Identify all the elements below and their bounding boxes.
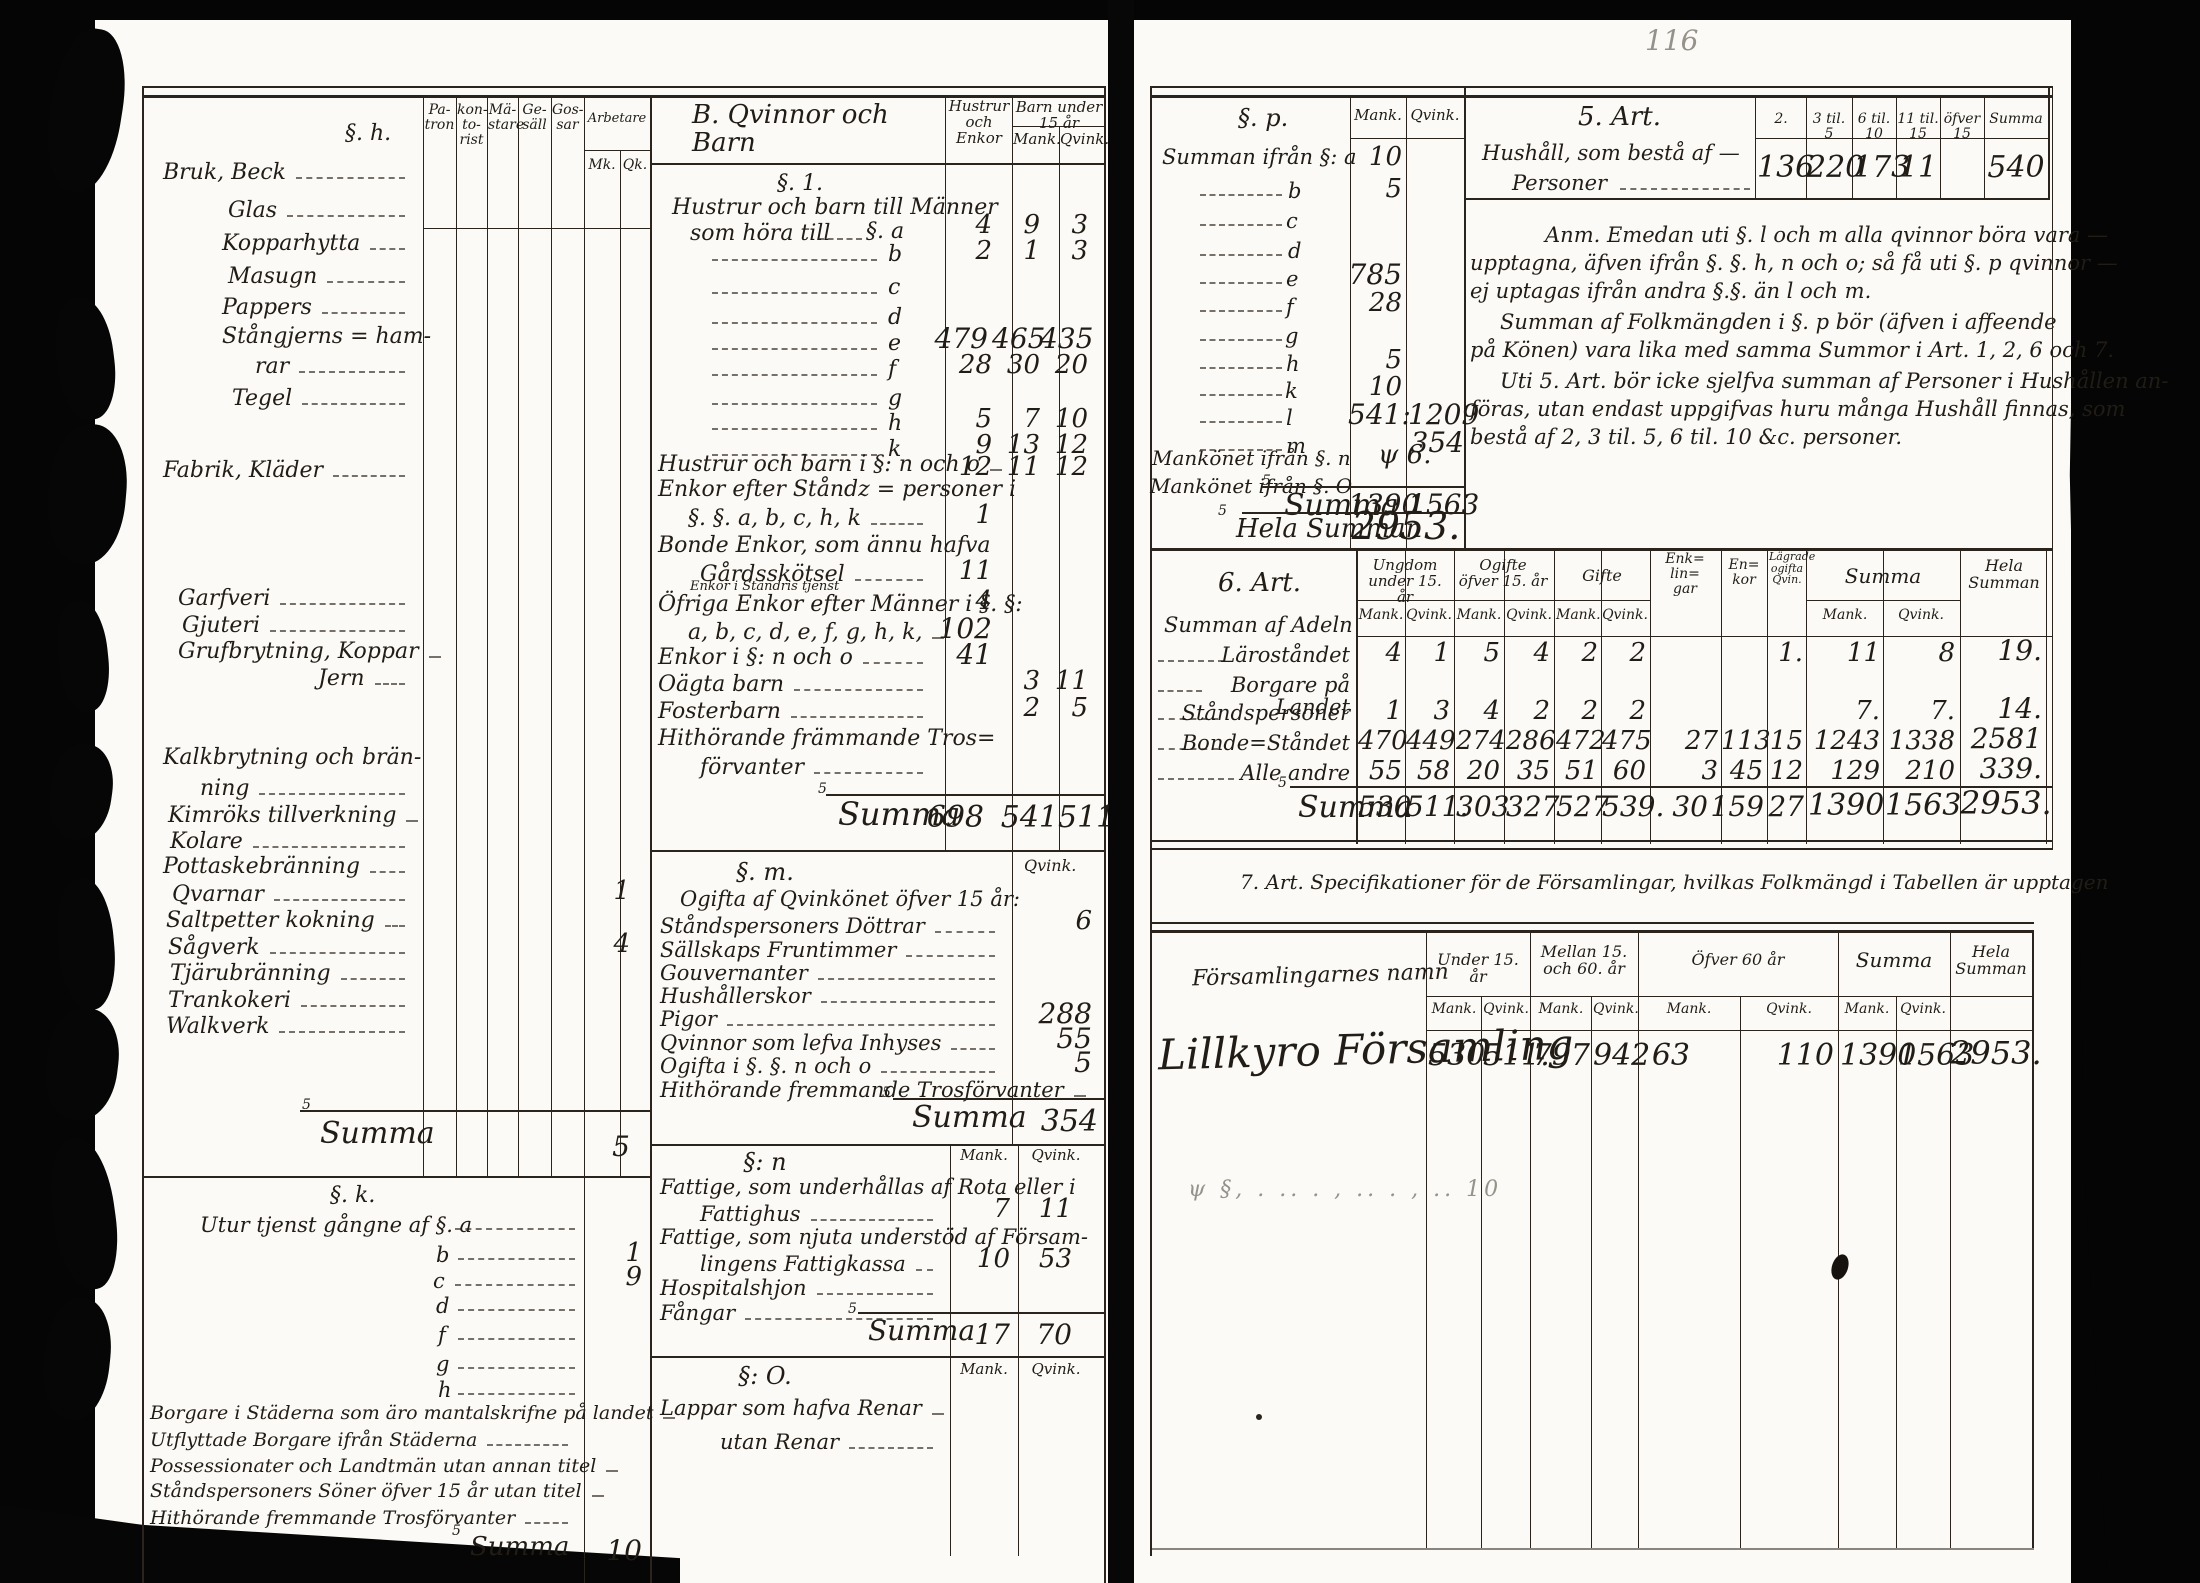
page-number: 116 (1645, 26, 1698, 56)
col-header-mank: Mank. (1532, 1002, 1590, 1017)
letter-row: §. a (866, 220, 904, 243)
cell-value: 5 (1352, 174, 1402, 204)
leader-line (1200, 421, 1282, 423)
cell-value: 5 (1352, 345, 1402, 375)
section-m-row: Pigor (660, 1007, 1005, 1031)
art5-col: Summa (1985, 112, 2047, 127)
section-n-row: Hospitalshjon (660, 1276, 943, 1300)
cell-value: 28 (1352, 288, 1402, 318)
rule-v (1838, 933, 1839, 1548)
rule-h (142, 86, 1106, 88)
rule-h (1350, 138, 1464, 139)
art6-group: Ogifte öfver 15. år (1456, 558, 1550, 590)
col-header-qvink: Qvink. (1885, 608, 1957, 623)
art6-group: Lägrade ogifta Qvin. (1769, 551, 1805, 586)
section-m-title: §. m. (720, 860, 810, 885)
section-n-row: Fattige, som underhållas af Rota eller i (660, 1176, 1076, 1198)
art6-group: En= kor (1723, 558, 1765, 588)
col-header-qvink: Qvink. (1483, 1002, 1529, 1017)
cell-value: 10 (952, 1244, 1010, 1274)
cell-value: 45 (1721, 756, 1763, 786)
cell-value: 8 (1885, 638, 1955, 668)
cell-value: 2 (1000, 693, 1040, 723)
cell-value: 475 (1602, 726, 1646, 756)
row-industry: Jern (318, 666, 415, 691)
leader-line (458, 1309, 575, 1311)
leader-line (863, 662, 923, 664)
cell-value: 286 (1506, 726, 1550, 756)
rule-v (142, 86, 144, 1583)
leader-line (811, 1219, 933, 1221)
rule-h (1806, 600, 1960, 601)
letter-row: l (1286, 407, 1293, 429)
row-industry: Kolare (170, 829, 415, 854)
leader-line (1620, 188, 1750, 190)
art5-value: 11 (1897, 152, 1939, 184)
art6-group: Gifte (1556, 568, 1648, 585)
row-industry: ning (200, 776, 415, 801)
leader-line (951, 1048, 995, 1050)
letter-row: f (888, 358, 896, 381)
section-b-paragraph1: §. 1. (760, 172, 840, 195)
summa-value: 511. (1406, 790, 1454, 823)
cell-value: 1243 (1808, 726, 1880, 756)
cell-value: 1563 (1898, 1038, 1948, 1073)
leader-line (727, 1024, 995, 1026)
col-header-mank: Mank. (1556, 608, 1600, 623)
section-b-row: §. §. a, b, c, h, k (688, 506, 933, 531)
row-industry: Garfveri (178, 586, 415, 611)
cell-value: 110 (1742, 1038, 1834, 1073)
row-industry: Trankokeri (168, 988, 415, 1013)
row-industry: Stångjerns = ham- (222, 325, 431, 348)
letter-row: k (1285, 380, 1298, 402)
leader-line (817, 1293, 933, 1295)
leader-line (935, 931, 995, 933)
rule-v (1940, 95, 1941, 200)
art7-title: 7. Art. Specifikationer för de Församlin… (1240, 872, 2109, 893)
summa-value: 530 (1358, 790, 1402, 823)
cell-value: 30 (1000, 350, 1040, 380)
row-industry: Grufbrytning, Koppar (178, 639, 415, 664)
section-b-row: förvanter (700, 755, 933, 780)
cell-value: 5 (1048, 693, 1088, 723)
leader-line (455, 1228, 575, 1230)
leader-line (814, 772, 923, 774)
art5-col: öfver 15 (1941, 112, 1983, 142)
rule-v (456, 95, 457, 1178)
section-b-row: Hustrur och barn i §: n och o (658, 452, 933, 477)
row-industry: Kopparhytta (222, 231, 415, 256)
art5-value: 173 (1853, 152, 1895, 184)
col-header-qvink: Qvink. (1506, 608, 1552, 623)
rule-v (2048, 86, 2050, 200)
cell-value: 3 (1406, 696, 1450, 726)
cell-value: 1 (930, 500, 992, 530)
rule-v (423, 95, 424, 1178)
art5-line1: Hushåll, som bestå af — (1482, 142, 1740, 164)
rule-v (2052, 86, 2053, 850)
leader-line (302, 403, 405, 405)
col-header-mank: Mank. (1840, 1002, 1894, 1017)
section-p-row: Mankönet ifrån §. n (1152, 448, 1351, 469)
summa-value: 27 (1766, 790, 1804, 823)
cell-value: 15 (1769, 726, 1803, 756)
leader-line (458, 1338, 575, 1340)
art5-col: 3 til. 5 (1807, 112, 1851, 142)
leader-line (525, 1522, 568, 1524)
art5-title: 5. Art. (1578, 104, 1661, 132)
rule-h (1150, 1548, 2034, 1550)
rule-v (1950, 933, 1951, 1548)
leader-line (1200, 367, 1282, 369)
summa-value: 539. (1602, 790, 1650, 823)
cell-value: 541: (1348, 398, 1406, 431)
section-o-row: utan Renar (720, 1430, 943, 1454)
cell-value: 11 (1020, 1194, 1072, 1224)
anm-line: på Könen) vara lika med samma Summor i A… (1470, 339, 2114, 361)
letter-row: f (1286, 296, 1294, 318)
section-k-row: Hithörande fremmande Trosförvanter (150, 1507, 578, 1529)
section-k-row: Utflyttade Borgare ifrån Städerna (150, 1429, 578, 1451)
cell-value: 113 (1721, 726, 1763, 756)
leader-line (1200, 254, 1282, 256)
leader-line (487, 1444, 568, 1446)
row-industry: Saltpetter kokning (166, 908, 415, 933)
leader-line (322, 312, 405, 314)
cell-value: 20 (1048, 350, 1088, 380)
col-header-mank: Mank. (1358, 608, 1404, 623)
leader-line (1200, 310, 1282, 312)
cell-value: 55 (1358, 756, 1402, 786)
section-p-intro: Summan ifrån §: a (1162, 146, 1356, 168)
summa-flag: 5 (452, 1524, 461, 1539)
gutter-shadow (1108, 0, 1134, 1583)
letter-row: g (888, 387, 902, 410)
letter-row: h (888, 412, 902, 435)
rule-v (1018, 1144, 1019, 1556)
cell-value: 60 (1602, 756, 1646, 786)
leader-line (458, 1393, 575, 1395)
leader-line (259, 793, 405, 795)
anm-line: ej uptagas ifrån andra §.§. än l och m. (1470, 280, 1871, 302)
cell-value: 2 (1602, 638, 1646, 668)
col-header-qvink: Qvink. (1593, 1002, 1637, 1017)
section-k-letter: b (436, 1244, 449, 1266)
row-industry: Walkverk (166, 1014, 415, 1039)
summa-flag: 5 (848, 1302, 857, 1317)
rule-v (518, 95, 519, 1178)
row-industry: Tegel (232, 386, 415, 411)
rule-h (1150, 930, 2034, 933)
cell-value: 4 (586, 929, 630, 959)
cell-value: 12 (1048, 452, 1088, 482)
row-industry: Tjärubränning (170, 961, 415, 986)
leader-line (791, 716, 923, 718)
leader-line (458, 1258, 575, 1260)
rule-v (2032, 933, 2034, 1548)
art5-col: 11 til. 15 (1897, 112, 1939, 142)
cell-value: 1 (1000, 236, 1040, 266)
leader-line (455, 1284, 575, 1286)
leader-line (855, 579, 923, 581)
leader-line (299, 371, 405, 373)
rule-h (1150, 840, 2052, 842)
cell-value: 3 (1000, 666, 1040, 696)
anm-line: föras, utan endast uppgifvas huru många … (1470, 398, 2125, 420)
letter-row: e (1286, 268, 1298, 290)
leader-line (818, 978, 995, 980)
cell-value: 2 (1602, 696, 1646, 726)
scanned-census-table-spread: 116 §. h. Pa- tron kon- to- rist Mä- sta… (0, 0, 2200, 1583)
summa-flag: 5 (1218, 504, 1227, 519)
leader-line (279, 1031, 405, 1033)
anm-line: upptagna, äfven ifrån §. §. h, n och o; … (1470, 252, 2118, 274)
cell-value: 63 (1640, 1038, 1690, 1073)
summa-value: 541 (1000, 800, 1058, 835)
cell-value: 210 (1885, 756, 1955, 786)
rule-h (1426, 996, 2032, 997)
rule-v (1896, 996, 1897, 1548)
art6-group: Hela Summan (1962, 558, 2046, 592)
leader-line (916, 1269, 933, 1271)
row-industry: Pappers (222, 295, 415, 320)
section-a-paragraph-label: §. h. (345, 122, 391, 145)
col-header-qvink: Qvink. (1408, 108, 1462, 124)
cell-value: 2953. (1950, 1034, 2030, 1072)
art6-group: Summa (1808, 566, 1958, 587)
rule-h (1150, 922, 2034, 924)
summa-label: Summa (320, 1118, 435, 1150)
col-header-mk: Mk. (584, 158, 620, 173)
rule-v (950, 1144, 951, 1556)
art7-group: Hela Summan (1952, 944, 2030, 978)
cell-value: 785 (1348, 258, 1402, 291)
cell-value: 797 (1532, 1038, 1590, 1073)
rule-v (1984, 95, 1985, 200)
leader-line (327, 281, 405, 283)
row-industry: Kalkbrytning och brän- (163, 746, 421, 769)
col-header-qvink: Qvink. (1602, 608, 1648, 623)
col-header-qvink: Qvink. (1742, 1002, 1836, 1017)
leader-line (849, 1447, 933, 1449)
summa-value: 511 (1058, 800, 1104, 835)
col-header-mank: Mank. (952, 1362, 1016, 1378)
leader-line (1200, 394, 1282, 396)
rule-h (650, 850, 1106, 852)
section-b-title: B. Qvinnor och Barn (692, 102, 942, 157)
rule-h (1150, 86, 2052, 88)
leader-line (406, 820, 418, 822)
summa-value: 527 (1556, 790, 1598, 823)
summa-value: 5 (586, 1130, 630, 1163)
letter-row: c (1286, 210, 1298, 232)
rule-v (487, 95, 488, 1178)
leader-line (385, 925, 405, 927)
leader-line (592, 1495, 604, 1497)
leader-line (712, 322, 877, 324)
cell-value: 511. (1483, 1038, 1529, 1073)
letter-row: d (888, 306, 902, 329)
row-industry: Gjuteri (182, 613, 415, 638)
art7-group: Under 15. år (1428, 952, 1528, 986)
section-b-row: Oägta barn (658, 672, 933, 697)
leader-line (370, 248, 405, 250)
rule-h (650, 163, 1106, 165)
art5-value: 220 (1807, 152, 1851, 184)
letter-row: b (888, 243, 902, 266)
section-p-title: §. p. (1238, 106, 1288, 131)
section-n-title: §: n (720, 1150, 810, 1175)
pencil-annotation: ψ §, . .. . , .. . , .. 10 (1188, 1178, 1502, 1201)
row-industry: Bruk, Beck (163, 160, 415, 185)
rule-v (650, 95, 652, 1583)
art5-value: 540 (1985, 152, 2047, 184)
summa-value: 10 (586, 1534, 642, 1567)
hela-summan-value: 2953. (1348, 506, 1464, 546)
leader-line (821, 1001, 995, 1003)
leader-line (253, 846, 405, 848)
section-b-row: Fosterbarn (658, 699, 933, 724)
cell-value: 530 (1428, 1038, 1480, 1073)
summa-value: 327 (1506, 790, 1550, 823)
col-header-mank: Mank. (1808, 608, 1882, 623)
rule-h (1464, 198, 2050, 200)
leader-line (881, 1071, 995, 1073)
ink-speck (1256, 1414, 1262, 1420)
cell-value: 6 (1010, 906, 1092, 936)
art5-value: 136 (1757, 152, 1805, 184)
cell-value: 472 (1556, 726, 1598, 756)
rule-h (1150, 95, 2052, 98)
rule-v (551, 95, 552, 1178)
rule-h (142, 1176, 650, 1178)
leader-line (370, 871, 405, 873)
leader-line (301, 1005, 405, 1007)
col-header-hustrur-enkor: Hustrur och Enkor (947, 99, 1011, 147)
row-industry: Masugn (228, 264, 415, 289)
summa-value: 354 (1010, 1104, 1098, 1139)
art6-row-label: Ståndspersoner (1150, 702, 1350, 724)
cell-value: 2581 (1962, 722, 2042, 755)
leader-line (794, 689, 923, 691)
col-header-patron: Pa- tron (424, 103, 455, 133)
section-b-line2: som höra till (690, 222, 830, 245)
row-industry: Fabrik, Kläder (163, 458, 415, 483)
art6-title: 6. Art. (1218, 570, 1301, 598)
summa-label: Summa (470, 1534, 569, 1562)
cell-value: 27 (1652, 726, 1718, 756)
rule-h (423, 228, 650, 229)
leader-line (429, 656, 441, 658)
art5-col: 6 til. 10 (1853, 112, 1895, 142)
row-industry: Glas (228, 198, 415, 223)
summa-value: 17 (952, 1318, 1010, 1351)
col-header-mank: Mank. (1428, 1002, 1480, 1017)
rule-v (1638, 933, 1639, 1548)
section-m-row: Gouvernanter (660, 961, 1005, 985)
cell-value: 2 (1556, 696, 1598, 726)
summa-flag: 5 (1278, 776, 1287, 791)
leader-line (712, 403, 877, 405)
cell-value: 1338 (1885, 726, 1955, 756)
leader-line (296, 177, 405, 179)
cell-value: 28 (930, 350, 992, 380)
row-industry: Kimröks tillverkning (168, 803, 415, 828)
cell-value: 5 (1010, 1046, 1092, 1079)
cell-value: 4 (1456, 696, 1500, 726)
cell-value: 1 (586, 876, 630, 906)
col-header-qk: Qk. (620, 158, 650, 173)
letter-row: d (1288, 240, 1301, 262)
summa-value: 30 (1652, 790, 1708, 823)
art6-group: Enk= lin= gar (1652, 552, 1718, 596)
art6-row-label: Alle andre (1150, 762, 1350, 784)
letter-row: g (1285, 325, 1298, 347)
summa-value: 698 (924, 800, 984, 835)
art6-row-label: Bonde=Ståndet (1150, 732, 1350, 754)
rule-v (620, 150, 621, 1178)
summa-flag: 5 (818, 782, 827, 797)
cell-value: 35 (1506, 756, 1550, 786)
cell-value: 4 (1358, 638, 1402, 668)
summa-flag: 5 (302, 1098, 311, 1113)
art6-row-label: Summan af Adeln (1164, 614, 1353, 636)
cell-value: 7 (952, 1194, 1010, 1224)
cell-value: 1 (1358, 696, 1402, 726)
section-m-row: Hushållerskor (660, 984, 1005, 1008)
leader-line (871, 523, 923, 525)
section-b-row: a, b, c, d, e, f, g, h, k, (688, 620, 933, 645)
cell-value: ψ 6. (1378, 442, 1431, 470)
cell-value: 11 (1048, 666, 1088, 696)
cell-value: 942 (1593, 1038, 1637, 1073)
art6-group: Ungdom under 15. år (1358, 558, 1452, 606)
leader-line (375, 683, 405, 685)
col-header-qvink: Qvink. (1020, 1362, 1092, 1378)
section-m-row: Ståndspersoners Döttrar (660, 914, 1005, 938)
section-k-letter: c (433, 1270, 445, 1292)
summa-value: 159 (1710, 790, 1764, 823)
leader-line (1200, 339, 1282, 341)
cell-value: 11 (1808, 638, 1880, 668)
cell-value: 41 (926, 638, 992, 671)
leader-line (1200, 194, 1282, 196)
leader-line (341, 978, 405, 980)
rule-h (1150, 848, 2052, 850)
section-b-row: Enkor efter Ståndz = personer i (658, 478, 1016, 501)
cell-value: 51 (1556, 756, 1598, 786)
cell-value: 3 (1048, 236, 1088, 266)
section-k-letter: d (436, 1295, 449, 1317)
cell-value: 19. (1962, 634, 2042, 667)
col-header-qvink: Qvink. (1024, 858, 1076, 875)
rule-h (1356, 636, 2052, 637)
col-header-mastare: Mä- stare (488, 103, 517, 133)
col-header-kontorist: kon- to- rist (457, 103, 486, 147)
leader-line (712, 348, 877, 350)
section-m-subtitle: Ogifta af Qvinkönet öfver 15 år: (680, 888, 1020, 910)
section-m-row: Sällskaps Fruntimmer (660, 938, 1005, 962)
section-k-letter: g (436, 1353, 449, 1375)
letter-row: h (1286, 353, 1300, 375)
art5-line2: Personer (1512, 172, 1607, 194)
section-k-row: Ståndspersoners Söner öfver 15 år utan t… (150, 1480, 578, 1502)
col-header-barn-under-15: Barn under 15 år (1014, 100, 1104, 132)
art7-group: Summa (1840, 950, 1948, 971)
row-industry: Sågverk (168, 935, 415, 960)
rule-v (1481, 996, 1482, 1548)
